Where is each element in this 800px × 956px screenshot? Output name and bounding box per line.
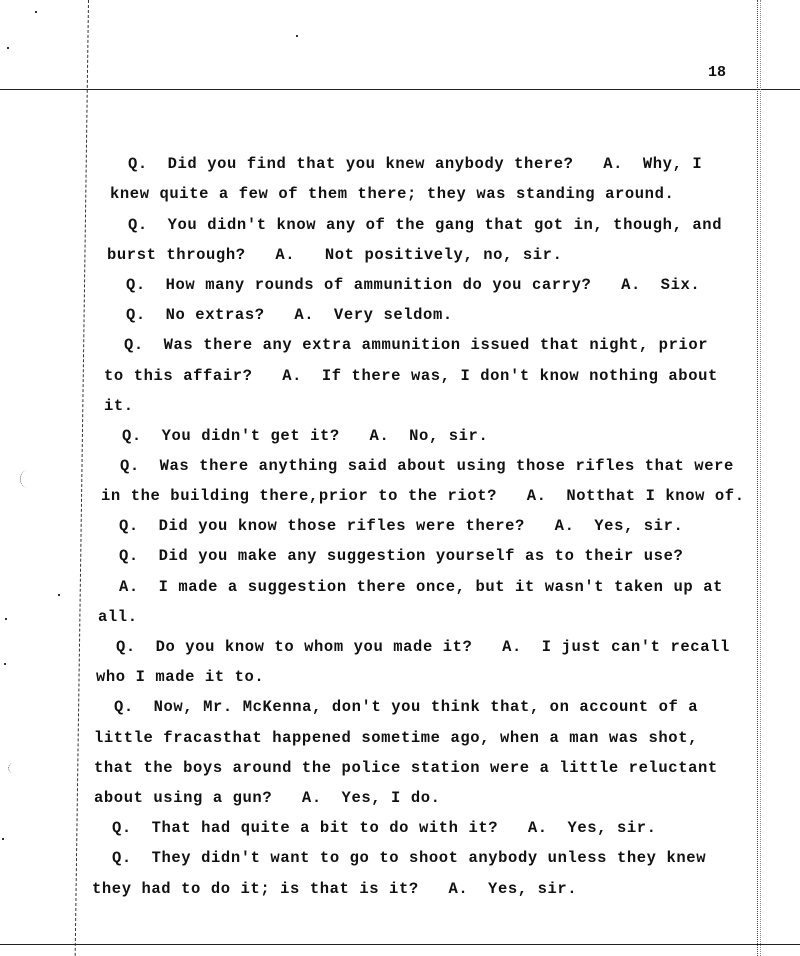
transcript-line: who I made it to.: [96, 668, 264, 686]
transcript-line: Q. You didn't know any of the gang that …: [128, 216, 722, 234]
transcript-line: Q. Now, Mr. McKenna, don't you think tha…: [114, 698, 698, 716]
scan-artifact-arc: [8, 763, 13, 773]
transcript-page: 18 Q. Did you find that you knew anybody…: [0, 0, 800, 956]
scan-speck: [7, 47, 9, 49]
transcript-line: knew quite a few of them there; they was…: [110, 185, 674, 203]
scan-speck: [2, 838, 4, 840]
transcript-line: they had to do it; is that is it? A. Yes…: [92, 880, 577, 898]
transcript-line: Q. Did you find that you knew anybody th…: [128, 155, 702, 173]
bottom-rule: [0, 944, 800, 945]
top-rule: [0, 89, 800, 90]
transcript-line: about using a gun? A. Yes, I do.: [94, 789, 441, 807]
transcript-line: all.: [98, 608, 138, 626]
transcript-line: Q. Did you make any suggestion yourself …: [119, 547, 683, 565]
transcript-line: Q. Do you know to whom you made it? A. I…: [116, 638, 730, 656]
scan-artifact-arc: [20, 470, 29, 488]
page-number: 18: [708, 64, 726, 81]
transcript-line: that the boys around the police station …: [94, 759, 718, 777]
scan-speck: [58, 594, 60, 596]
scan-speck: [35, 11, 37, 13]
transcript-line: in the building there,prior to the riot?…: [101, 487, 745, 505]
transcript-line: little fracasthat happened sometime ago,…: [94, 729, 698, 747]
transcript-line: to this affair? A. If there was, I don't…: [104, 367, 718, 385]
transcript-line: it.: [104, 397, 134, 415]
right-margin-line: [757, 0, 758, 956]
scan-speck: [5, 618, 7, 620]
right-margin-line-shadow: [760, 0, 761, 956]
transcript-line: Q. No extras? A. Very seldom.: [126, 306, 453, 324]
transcript-line: Q. That had quite a bit to do with it? A…: [112, 819, 657, 837]
transcript-line: Q. Was there anything said about using t…: [120, 457, 734, 475]
transcript-line: Q. Was there any extra ammunition issued…: [124, 336, 708, 354]
left-margin-line: [75, 0, 89, 956]
transcript-line: Q. How many rounds of ammunition do you …: [126, 276, 700, 294]
transcript-line: A. I made a suggestion there once, but i…: [119, 578, 723, 596]
transcript-line: Q. Did you know those rifles were there?…: [119, 517, 683, 535]
scan-speck: [296, 35, 298, 37]
transcript-line: Q. They didn't want to go to shoot anybo…: [112, 849, 706, 867]
scan-speck: [4, 663, 6, 665]
transcript-line: burst through? A. Not positively, no, si…: [107, 246, 562, 264]
transcript-line: Q. You didn't get it? A. No, sir.: [122, 427, 488, 445]
